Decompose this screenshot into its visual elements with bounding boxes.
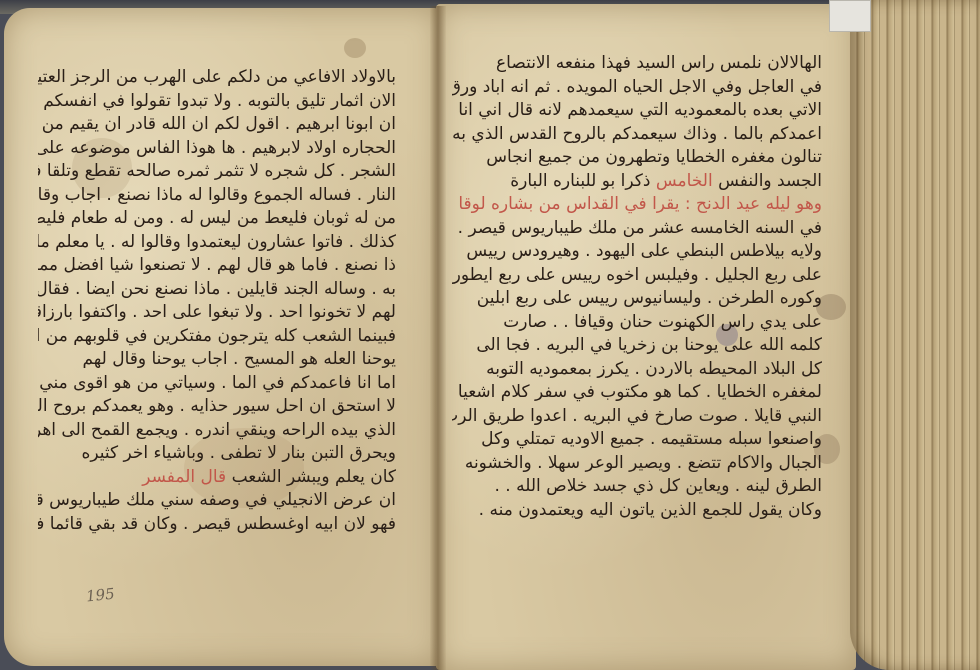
text-segment: ذكرا بو للبناره البارة bbox=[510, 171, 650, 191]
text-line: فبينما الشعب كله يترجون مفتكرين في قلوبه… bbox=[38, 325, 396, 349]
text-line: الجبال والاكام تتضع . ويصير الوعر سهلا .… bbox=[452, 452, 822, 476]
text-line: الهالالان نلمس راس السيد فهذا منفعه الان… bbox=[452, 52, 822, 76]
text-line: بالاولاد الافاعي من دلكم على الهرب من ال… bbox=[38, 66, 396, 90]
text-line: اما انا فاعمدكم في الما . وسياتي من هو ا… bbox=[38, 372, 396, 396]
text-line-with-rubric: كان يعلم ويبشر الشعب قال المفسر bbox=[38, 466, 396, 490]
right-page-text: الهالالان نلمس راس السيد فهذا منفعه الان… bbox=[452, 52, 822, 522]
text-line: الشجر . كل شجره لا تثمر ثمره صالحه تقطع … bbox=[38, 160, 396, 184]
text-line: تنالون مغفره الخطايا وتطهرون من جميع انج… bbox=[452, 146, 822, 170]
text-line: ويحرق التبن بنار لا تطفى . وباشياء اخر ك… bbox=[38, 442, 396, 466]
left-page-text: بالاولاد الافاعي من دلكم على الهرب من ال… bbox=[38, 66, 396, 536]
text-line: يوحنا العله هو المسيح . اجاب يوحنا وقال … bbox=[38, 348, 396, 372]
text-line: الحجاره اولاد لابرهيم . ها هوذا الفاس مو… bbox=[38, 137, 396, 161]
folio-number: 195 bbox=[85, 585, 115, 606]
text-line: الطرق لينه . ويعاين كل ذي جسد خلاص الله … bbox=[452, 475, 822, 499]
text-line: الان اثمار تليق بالتوبه . ولا تبدوا تقول… bbox=[38, 90, 396, 114]
text-line-with-rubric: الجسد والنفس الخامس ذكرا بو للبناره البا… bbox=[452, 170, 822, 194]
text-line: الذي بيده الراحه وينقي اندره . ويجمع الق… bbox=[38, 419, 396, 443]
page-edges bbox=[850, 0, 980, 670]
text-line: ولايه بيلاطس البنطي على اليهود . وهيرودس… bbox=[452, 240, 822, 264]
text-line: من له ثوبان فليعط من ليس له . ومن له طعا… bbox=[38, 207, 396, 231]
text-segment: كان يعلم ويبشر الشعب bbox=[232, 467, 396, 487]
text-line: فهو لان ابيه اوغسطس قيصر . وكان قد بقي ق… bbox=[38, 513, 396, 537]
text-line: على يدي راس الكهنوت حنان وقيافا . . صارت bbox=[452, 311, 822, 335]
text-line: لمغفره الخطايا . كما هو مكتوب في سفر كلا… bbox=[452, 381, 822, 405]
stain bbox=[344, 38, 366, 58]
text-line: النبي قايلا . صوت صارخ في البريه . اعدوا… bbox=[452, 405, 822, 429]
text-line: في العاجل وفي الاجل الحياه المويده . ثم … bbox=[452, 76, 822, 100]
text-line: ذا نصنع . فاما هو قال لهم . لا تصنعوا شي… bbox=[38, 254, 396, 278]
text-line: لهم لا تخونوا احد . ولا تبغوا على احد . … bbox=[38, 301, 396, 325]
text-line: على ربع الجليل . وفيلبس اخوه رييس على رب… bbox=[452, 264, 822, 288]
text-line: وكوره الطرخن . وليسانيوس رييس على ربع اب… bbox=[452, 287, 822, 311]
text-line: اعمدكم بالما . وذاك سيعمدكم بالروح القدس… bbox=[452, 123, 822, 147]
text-line: ان عرض الانجيلي في وصفه سني ملك طيباريوس… bbox=[38, 489, 396, 513]
rubric-heading: قال المفسر bbox=[142, 467, 226, 487]
text-line: واصنعوا سبله مستقيمه . جميع الاوديه تمتل… bbox=[452, 428, 822, 452]
text-line: كلمه الله على يوحنا بن زخريا في البريه .… bbox=[452, 334, 822, 358]
text-line: لا استحق ان احل سيور حذايه . وهو يعمدكم … bbox=[38, 395, 396, 419]
rubric-reading-title: وهو ليله عيد الدنح : يقرا في القداس من ب… bbox=[452, 193, 822, 217]
rubric-day: الخامس bbox=[656, 171, 713, 191]
paper-tab-marker bbox=[829, 0, 871, 32]
text-line: كل البلاد المحيطه بالاردن . يكرز بمعمودي… bbox=[452, 358, 822, 382]
text-line: به . وساله الجند قايلين . ماذا نصنع نحن … bbox=[38, 278, 396, 302]
text-line: وكان يقول للجمع الذين ياتون اليه ويعتمدو… bbox=[452, 499, 822, 523]
text-segment: الجسد والنفس bbox=[718, 171, 822, 191]
book-gutter bbox=[430, 6, 446, 670]
text-line: كذلك . فاتوا عشارون ليعتمدوا وقالوا له .… bbox=[38, 231, 396, 255]
text-line: الاتي بعده بالمعموديه التي سيعمدهم لانه … bbox=[452, 99, 822, 123]
text-line: النار . فساله الجموع وقالوا له ماذا نصنع… bbox=[38, 184, 396, 208]
manuscript-photo: بالاولاد الافاعي من دلكم على الهرب من ال… bbox=[0, 0, 980, 670]
text-line: في السنه الخامسه عشر من ملك طيباريوس قيص… bbox=[452, 217, 822, 241]
text-line: ان ابونا ابرهيم . اقول لكم ان الله قادر … bbox=[38, 113, 396, 137]
